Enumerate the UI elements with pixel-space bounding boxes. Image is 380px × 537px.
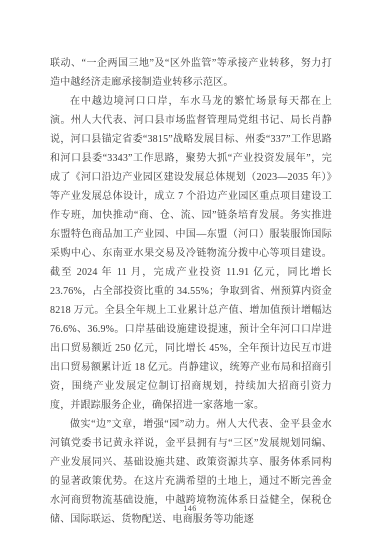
document-page: 联动、“一企两国三地”及“区外监管”等承接产业转移，努力打造中越经济走廊承接制造… xyxy=(0,0,380,537)
paragraph-continuation: 联动、“一企两国三地”及“区外监管”等承接产业转移，努力打造中越经济走廊承接制造… xyxy=(50,54,332,92)
paragraph: 在中越边境河口口岸，车水马龙的繁忙场景每天都在上演。州人大代表、河口县市场监督管… xyxy=(50,92,332,415)
text-block: 联动、“一企两国三地”及“区外监管”等承接产业转移，努力打造中越经济走廊承接制造… xyxy=(50,54,332,529)
page-number: 146 xyxy=(0,504,380,513)
